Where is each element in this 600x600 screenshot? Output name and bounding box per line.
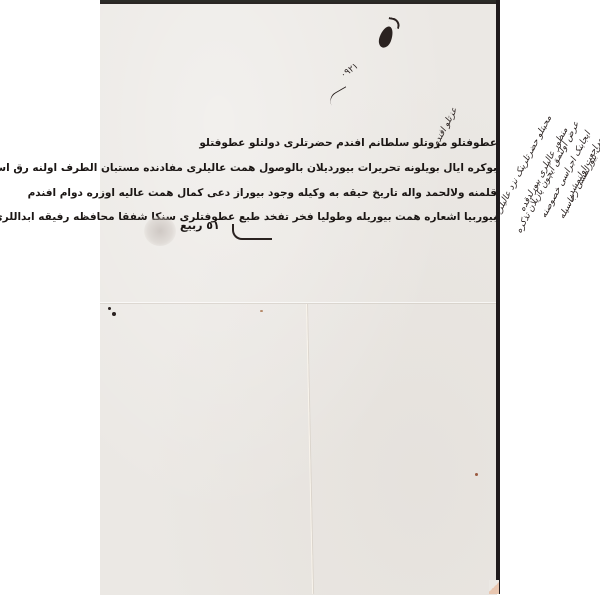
stain-spot <box>475 473 478 476</box>
margin-note-date: ١٢٩٠ <box>339 61 361 80</box>
ink-spot <box>108 307 111 310</box>
body-line-1: عطوفتلو مروتلو سلطانم افندم حضرتلری دولت… <box>100 137 499 149</box>
vertical-fold-line <box>306 304 313 594</box>
margin-notes-block: عزتلو افندم محبتلو حضرتلرینک نزد عالیلری… <box>250 0 550 146</box>
body-line-3: قلمنه ولالحمد واله تاریخ حیقه به وکیله و… <box>100 187 499 199</box>
margin-date-flourish-icon <box>327 86 352 107</box>
body-line-2: بوکره ایال بویلونه تحریرات بیوردیلان بال… <box>100 162 499 174</box>
pen-flourish-icon <box>377 25 396 50</box>
stain-spot <box>260 310 263 312</box>
seal-impression <box>144 216 176 246</box>
closing-date: ١٥ ربيع <box>180 219 220 232</box>
date-flourish-icon <box>232 224 272 240</box>
pen-flourish-tail-icon <box>387 17 401 29</box>
document-page: عزتلو افندم محبتلو حضرتلرینک نزد عالیلری… <box>100 2 497 595</box>
ink-spot <box>112 312 116 316</box>
scan-right-edge <box>496 0 500 594</box>
horizontal-fold-line <box>100 302 497 303</box>
page-corner-curl <box>489 580 499 594</box>
